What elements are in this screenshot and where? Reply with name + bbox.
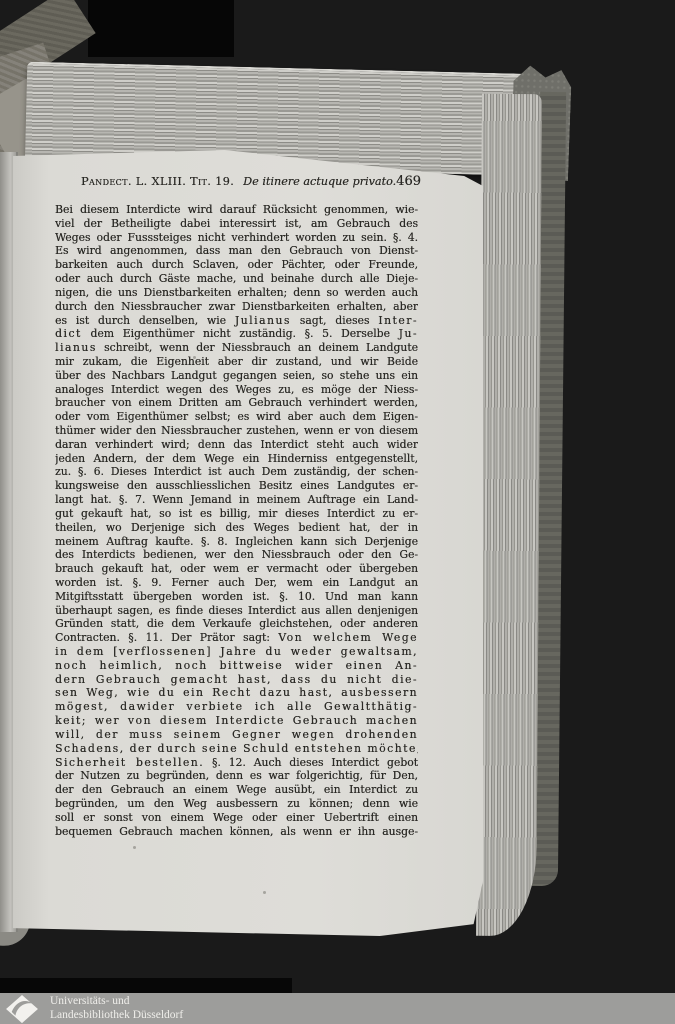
background-strip xyxy=(0,978,292,993)
text-line: Gründen statt, die dem Verkaufe gleichst… xyxy=(55,617,418,631)
text-line: noch heimlich, noch bittweise wider eine… xyxy=(55,659,418,673)
text-line: oder vom Eigenthümer selbst; es wird abe… xyxy=(55,410,418,424)
text-line: viel der Betheiligte dabei interessirt i… xyxy=(55,217,418,231)
paper-speck xyxy=(263,891,266,894)
text-line: Mitgiftsstatt übergeben worden ist. §. 1… xyxy=(55,590,418,604)
paper-speck xyxy=(133,846,136,849)
page-text: Pandect. L. XLIII. Tit. 19. De itinere a… xyxy=(55,174,418,838)
text-line: der den Gebrauch an einem Wege ausübt, e… xyxy=(55,783,418,797)
page-number: 469 xyxy=(396,174,421,189)
text-line: es ist durch denselben, wie Julianus sag… xyxy=(55,314,418,328)
header-latin-title: De itinere actuque privato. xyxy=(243,175,396,188)
text-line: dict dem Eigenthümer nicht zuständig. §.… xyxy=(55,327,418,341)
text-line: des Interdicts bedienen, wer den Niessbr… xyxy=(55,548,418,562)
text-line: der Nutzen zu begründen, denn es war fol… xyxy=(55,769,418,783)
text-line: Schadens, der durch seine Schuld entsteh… xyxy=(55,742,418,756)
text-line: zu. §. 6. Dieses Interdict ist auch Dem … xyxy=(55,465,418,479)
text-line: sen Weg, wie du ein Recht dazu hast, aus… xyxy=(55,686,418,700)
book-right-page-edges xyxy=(476,94,542,936)
text-line: jeden Andern, der dem Wege ein Hindernis… xyxy=(55,452,418,466)
text-line: mir zukam, die Eigenheit aber dir zustan… xyxy=(55,355,418,369)
text-line: Weges oder Fusssteiges nicht verhindert … xyxy=(55,231,418,245)
text-line: überhaupt sagen, es finde dieses Interdi… xyxy=(55,604,418,618)
library-name-line1: Universitäts- und xyxy=(50,995,183,1009)
text-line: über des Nachbars Landgut gegangen seien… xyxy=(55,369,418,383)
text-line: bequemen Gebrauch machen können, als wen… xyxy=(55,825,418,839)
text-line: soll er sonst von einem Wege oder einer … xyxy=(55,811,418,825)
ulb-duesseldorf-logo-icon xyxy=(4,994,40,1024)
header-series: Pandect. L. XLIII. Tit. 19. xyxy=(81,175,234,188)
text-line: kungsweise den ausschliesslichen Besitz … xyxy=(55,479,418,493)
text-line: worden ist. §. 9. Ferner auch Der, wem e… xyxy=(55,576,418,590)
watermark-bar: Universitäts- und Landesbibliothek Düsse… xyxy=(0,993,675,1024)
text-line: Bei diesem Interdicte wird darauf Rücksi… xyxy=(55,203,418,217)
text-line: lianus schreibt, wenn der Niessbrauch an… xyxy=(55,341,418,355)
text-line: nigen, die uns Dienstbarkeiten erhalten;… xyxy=(55,286,418,300)
library-name-line2: Landesbibliothek Düsseldorf xyxy=(50,1009,183,1023)
scanner-clamp xyxy=(88,0,234,57)
text-line: brauch gekauft hat, oder wem er vermacht… xyxy=(55,562,418,576)
body-text: Bei diesem Interdicte wird darauf Rücksi… xyxy=(55,203,418,838)
text-line: oder auch durch Gäste mache, und beinahe… xyxy=(55,272,418,286)
text-line: Es wird angenommen, dass man den Gebrauc… xyxy=(55,244,418,258)
text-line: durch den Niessbraucher zwar Dienstbarke… xyxy=(55,300,418,314)
text-line: Contracten. §. 11. Der Prätor sagt: Von … xyxy=(55,631,418,645)
library-name: Universitäts- und Landesbibliothek Düsse… xyxy=(50,995,183,1022)
text-line: meinem Auftrag kaufte. §. 8. Ingleichen … xyxy=(55,535,418,549)
text-line: analoges Interdict wegen des Weges zu, e… xyxy=(55,383,418,397)
text-line: barkeiten auch durch Sclaven, oder Pächt… xyxy=(55,258,418,272)
text-line: dern Gebrauch gemacht hast, dass du nich… xyxy=(55,673,418,687)
text-line: thümer wider den Niessbraucher zustehen,… xyxy=(55,424,418,438)
text-line: gut gekauft hat, so ist es billig, mir d… xyxy=(55,507,418,521)
text-line: mögest, dawider verbiete ich alle Gewalt… xyxy=(55,700,418,714)
text-line: in dem [verflossenen] Jahre du weder gew… xyxy=(55,645,418,659)
text-line: begründen, um den Weg ausbessern zu könn… xyxy=(55,797,418,811)
running-header: Pandect. L. XLIII. Tit. 19. De itinere a… xyxy=(55,174,418,191)
text-line: theilen, wo Derjenige sich des Weges bed… xyxy=(55,521,418,535)
text-line: langt hat. §. 7. Wenn Jemand in meinem A… xyxy=(55,493,418,507)
text-line: will, der muss seinem Gegner wegen drohe… xyxy=(55,728,418,742)
text-line: braucher von einem Dritten am Gebrauch v… xyxy=(55,396,418,410)
text-line: Sicherheit bestellen. §. 12. Auch dieses… xyxy=(55,756,418,770)
text-line: daran verhindert wird; denn das Interdic… xyxy=(55,438,418,452)
text-line: keit; wer von diesem Interdicte Gebrauch… xyxy=(55,714,418,728)
